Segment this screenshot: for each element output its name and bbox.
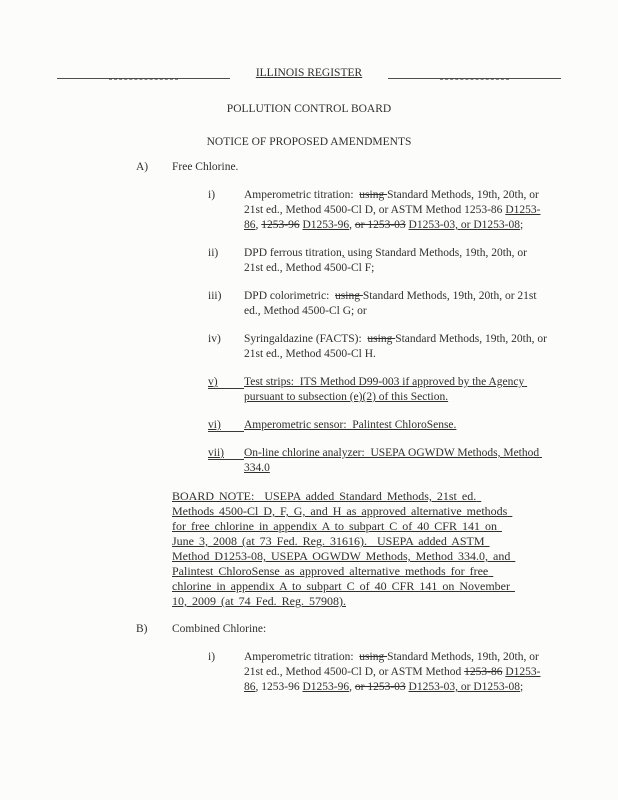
item-text: DPD colorimetric: using Standard Methods… (244, 289, 548, 319)
text-run: Amperometric titration: (244, 651, 359, 663)
notice-title: NOTICE OF PROPOSED AMENDMENTS (0, 135, 618, 150)
section: B)Combined Chlorine:i)Amperometric titra… (136, 622, 618, 695)
section-label: A) (136, 160, 172, 175)
text-run: DPD ferrous titration (244, 247, 342, 259)
page-header: ILLINOIS REGISTER (0, 0, 618, 81)
board-note: BOARD NOTE: USEPA added Standard Methods… (172, 489, 514, 609)
item-text: On-line chlorine analyzer: USEPA OGWDW M… (244, 446, 548, 476)
item-label: vi) (208, 418, 244, 433)
header-rule-left (57, 78, 230, 79)
text-run: or 1253-03 (355, 681, 406, 693)
section-label: B) (136, 622, 172, 637)
text-run: D1253-96 (302, 681, 349, 693)
section-heading: Free Chlorine. (172, 160, 238, 175)
text-run: ; (520, 681, 523, 693)
text-run: using (359, 189, 387, 201)
text-run: using (335, 290, 363, 302)
amendment-item: iii)DPD colorimetric: using Standard Met… (208, 289, 618, 319)
text-run: Syringaldazine (FACTS): (244, 333, 367, 345)
amendment-sections: A)Free Chlorine.i)Amperometric titration… (136, 160, 618, 695)
text-run: BOARD NOTE: USEPA added Standard Methods… (172, 489, 515, 608)
item-label-text: v) (208, 376, 218, 388)
text-run: DPD colorimetric: (244, 290, 335, 302)
item-label-text: vii) (208, 447, 224, 459)
item-label: v) (208, 375, 244, 405)
amendment-item: vii)On-line chlorine analyzer: USEPA OGW… (208, 446, 618, 476)
item-label-text: i) (208, 189, 215, 201)
section-heading: Combined Chlorine: (172, 622, 266, 637)
text-run: On-line chlorine analyzer: USEPA OGWDW M… (244, 447, 542, 474)
document-page: ILLINOIS REGISTER POLLUTION CONTROL BOAR… (0, 0, 618, 800)
item-label: iii) (208, 289, 244, 319)
item-label: ii) (208, 246, 244, 276)
section-heading-row: B)Combined Chlorine: (136, 622, 618, 637)
register-title: ILLINOIS REGISTER (230, 66, 388, 81)
item-label: vii) (208, 446, 244, 476)
text-run: using (359, 651, 387, 663)
text-run: ; (520, 219, 523, 231)
item-label-text: ii) (208, 247, 218, 259)
text-run: 1253-86 (464, 666, 502, 678)
item-label-text: vi) (208, 419, 221, 431)
amendment-item: i)Amperometric titration: using Standard… (208, 188, 618, 233)
item-label: i) (208, 188, 244, 233)
item-text: Amperometric titration: using Standard M… (244, 188, 548, 233)
text-run: using (367, 333, 395, 345)
amendment-item: ii)DPD ferrous titration, using Standard… (208, 246, 618, 276)
item-text: Amperometric titration: using Standard M… (244, 650, 548, 695)
board-title: POLLUTION CONTROL BOARD (0, 102, 618, 117)
amendment-item: i)Amperometric titration: using Standard… (208, 650, 618, 695)
item-label: iv) (208, 332, 244, 362)
text-run: Amperometric titration: (244, 189, 359, 201)
text-run: 1253-96 (261, 219, 299, 231)
section: A)Free Chlorine.i)Amperometric titration… (136, 160, 618, 609)
item-label-text: iii) (208, 290, 221, 302)
text-run: Test strips: ITS Method D99-003 if appro… (244, 376, 527, 403)
text-run: D1253-03, or D1253-08 (409, 681, 520, 693)
item-label-text: iv) (208, 333, 221, 345)
header-rule-right (388, 78, 561, 79)
item-label: i) (208, 650, 244, 695)
item-text: Syringaldazine (FACTS): using Standard M… (244, 332, 548, 362)
text-run: D1253-03, or D1253-08 (409, 219, 520, 231)
item-text: Test strips: ITS Method D99-003 if appro… (244, 375, 548, 405)
amendment-item: vi)Amperometric sensor: Palintest Chloro… (208, 418, 618, 433)
item-label-text: i) (208, 651, 215, 663)
text-run: or 1253-03 (355, 219, 406, 231)
text-run: D1253-96 (302, 219, 349, 231)
text-run: , 1253-96 (256, 681, 303, 693)
section-heading-row: A)Free Chlorine. (136, 160, 618, 175)
item-text: Amperometric sensor: Palintest ChloroSen… (244, 418, 548, 433)
amendment-item: iv)Syringaldazine (FACTS): using Standar… (208, 332, 618, 362)
item-text: DPD ferrous titration, using Standard Me… (244, 246, 548, 276)
amendment-item: v)Test strips: ITS Method D99-003 if app… (208, 375, 618, 405)
text-run: Amperometric sensor: Palintest ChloroSen… (244, 419, 456, 431)
